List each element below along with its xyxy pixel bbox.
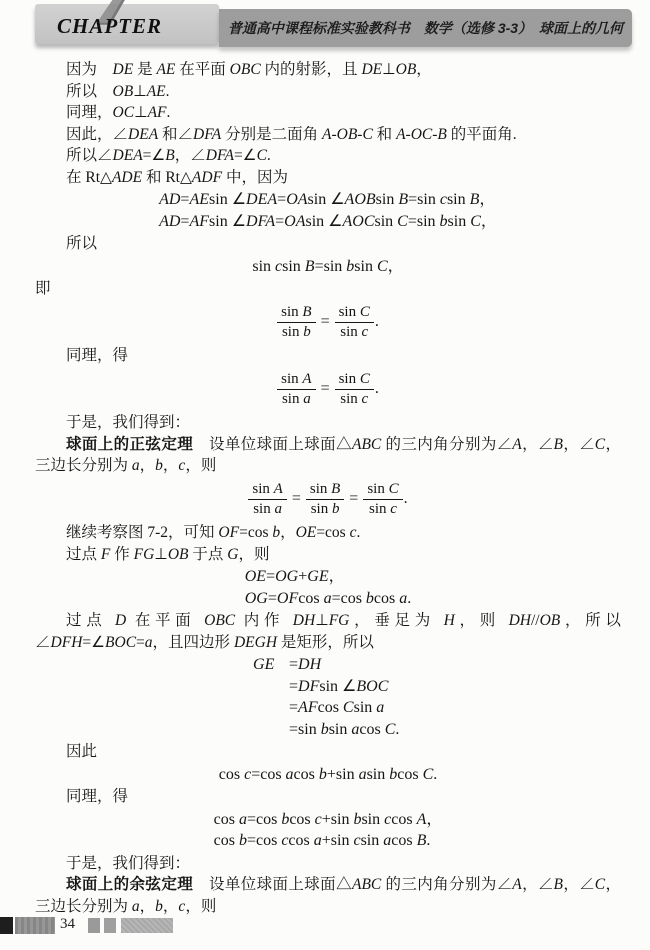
paragraph: 于是，我们得到： bbox=[35, 412, 621, 434]
theorem-title: 球面上的正弦定理 bbox=[66, 436, 193, 453]
paragraph: 过点 F 作 FG⊥OB 于点 G，则 bbox=[35, 544, 621, 566]
paragraph: 过点 D 在平面 OBC 内作 DH⊥FG，垂足为 H，则 DH//OB，所以∠… bbox=[35, 610, 621, 653]
fraction-denominator: sin c bbox=[335, 323, 374, 341]
fraction: sin Bsin b bbox=[306, 481, 344, 519]
equation-tail: . bbox=[375, 380, 379, 398]
fraction-numerator: sin A bbox=[277, 371, 315, 390]
equation: =AFcos Csin a bbox=[253, 697, 399, 719]
aligned-equations: GE=DH=DFsin ∠BOC=AFcos Csin a=sin bsin a… bbox=[253, 654, 399, 740]
paragraph: 因此 bbox=[35, 741, 621, 763]
paragraph: 于是，我们得到： bbox=[35, 853, 621, 875]
paragraph: 继续考察图 7-2，可知 OF=cos b，OE=cos c. bbox=[35, 522, 621, 544]
fraction-numerator: sin A bbox=[248, 481, 286, 500]
theorem-title: 球面上的余弦定理 bbox=[66, 876, 193, 893]
equation: sin csin B=sin bsin C， bbox=[252, 256, 403, 278]
equation: =sin bsin acos C. bbox=[253, 719, 399, 741]
fraction-numerator: sin C bbox=[335, 371, 374, 390]
equation-block: AD=AEsin ∠DEA=OAsin ∠AOBsin B=sin csin B… bbox=[159, 189, 497, 232]
fraction: sin Bsin b bbox=[277, 304, 315, 342]
fraction-denominator: sin a bbox=[248, 500, 286, 518]
equation-lhs: GE bbox=[253, 654, 289, 676]
equation: cos c=cos acos b+sin asin bcos C. bbox=[219, 764, 438, 786]
equation-tail: . bbox=[375, 313, 379, 331]
header-bar: 普通高中课程标准实验教科书 数学（选修 3-3） 球面上的几何 bbox=[219, 9, 632, 47]
fraction-denominator: sin b bbox=[306, 500, 344, 518]
chapter-label: CHAPTER bbox=[57, 14, 162, 39]
fraction-denominator: sin c bbox=[363, 500, 402, 518]
fraction: sin Csin c bbox=[363, 481, 402, 519]
fraction-numerator: sin C bbox=[335, 304, 374, 323]
fraction: sin Csin c bbox=[335, 371, 374, 409]
equation: AD=AFsin ∠DFA=OAsin ∠AOCsin C=sin bsin C… bbox=[159, 211, 497, 233]
footer-block-small-1 bbox=[88, 918, 100, 933]
fraction-equation: sin Bsin b=sin Csin c. bbox=[35, 304, 621, 342]
fraction-denominator: sin b bbox=[277, 323, 315, 341]
equation: cos a=cos bcos c+sin bsin ccos A， bbox=[214, 809, 443, 831]
paragraph: 在 Rt△ADE 和 Rt△ADF 中，因为 bbox=[35, 167, 621, 189]
footer-block-small-2 bbox=[104, 918, 116, 933]
paragraph: 所以 bbox=[35, 233, 621, 255]
paragraph: 因为 DE 是 AE 在平面 OBC 内的射影，且 DE⊥OB， bbox=[35, 59, 621, 81]
footer-block-dark bbox=[0, 917, 13, 934]
equation-tail: . bbox=[404, 490, 408, 508]
paragraph: 同理，OC⊥AF. bbox=[35, 102, 621, 124]
equation: =DFsin ∠BOC bbox=[253, 676, 399, 698]
equation: OG=OFcos a=cos bcos a. bbox=[245, 588, 412, 610]
equation-block: cos c=cos acos b+sin asin bcos C. bbox=[219, 764, 438, 786]
equals-sign: = bbox=[321, 380, 330, 398]
equation: OE=OG+GE， bbox=[245, 566, 412, 588]
footer-block-wide bbox=[121, 918, 173, 933]
textbook-page: 7 CHAPTER 普通高中课程标准实验教科书 数学（选修 3-3） 球面上的几… bbox=[0, 0, 650, 950]
fraction: sin Csin c bbox=[335, 304, 374, 342]
paragraph: 同理，得 bbox=[35, 345, 621, 367]
equals-sign: = bbox=[349, 490, 358, 508]
fraction-numerator: sin B bbox=[277, 304, 315, 323]
paragraph: 即 bbox=[35, 278, 621, 300]
footer-block-gray bbox=[15, 917, 55, 934]
theorem-paragraph: 球面上的正弦定理 设单位球面上球面△ABC 的三内角分别为∠A，∠B，∠C，三边… bbox=[35, 434, 621, 477]
equation-block: sin csin B=sin bsin C， bbox=[252, 256, 403, 278]
equals-sign: = bbox=[321, 313, 330, 331]
equation: cos b=cos ccos a+sin csin acos B. bbox=[214, 830, 443, 852]
theorem-paragraph: 球面上的余弦定理 设单位球面上球面△ABC 的三内角分别为∠A，∠B，∠C，三边… bbox=[35, 874, 621, 917]
equation: GE=DH bbox=[253, 654, 399, 676]
paragraph: 所以∠DEA=∠B，∠DFA=∠C. bbox=[35, 145, 621, 167]
fraction-numerator: sin C bbox=[363, 481, 402, 500]
page-footer: 34 bbox=[0, 916, 650, 936]
equation-block: OE=OG+GE，OG=OFcos a=cos bcos a. bbox=[245, 566, 412, 609]
fraction: sin Asin a bbox=[277, 371, 315, 409]
equals-sign: = bbox=[292, 490, 301, 508]
chapter-box: 7 CHAPTER bbox=[35, 4, 219, 44]
paragraph: 同理，得 bbox=[35, 786, 621, 808]
page-number: 34 bbox=[60, 916, 75, 933]
fraction-numerator: sin B bbox=[306, 481, 344, 500]
paragraph: 所以 OB⊥AE. bbox=[35, 81, 621, 103]
equation-block: cos a=cos bcos c+sin bsin ccos A，cos b=c… bbox=[214, 809, 443, 852]
fraction-equation: sin Asin a=sin Bsin b=sin Csin c. bbox=[35, 481, 621, 519]
book-title: 普通高中课程标准实验教科书 数学（选修 3-3） 球面上的几何 bbox=[228, 18, 623, 38]
fraction-denominator: sin a bbox=[277, 390, 315, 408]
page-body: 因为 DE 是 AE 在平面 OBC 内的射影，且 DE⊥OB，所以 OB⊥AE… bbox=[35, 59, 621, 917]
equation: AD=AEsin ∠DEA=OAsin ∠AOBsin B=sin csin B… bbox=[159, 189, 497, 211]
fraction: sin Asin a bbox=[248, 481, 286, 519]
fraction-denominator: sin c bbox=[335, 390, 374, 408]
fraction-equation: sin Asin a=sin Csin c. bbox=[35, 371, 621, 409]
paragraph: 因此，∠DEA 和∠DFA 分别是二面角 A-OB-C 和 A-OC-B 的平面… bbox=[35, 124, 621, 146]
